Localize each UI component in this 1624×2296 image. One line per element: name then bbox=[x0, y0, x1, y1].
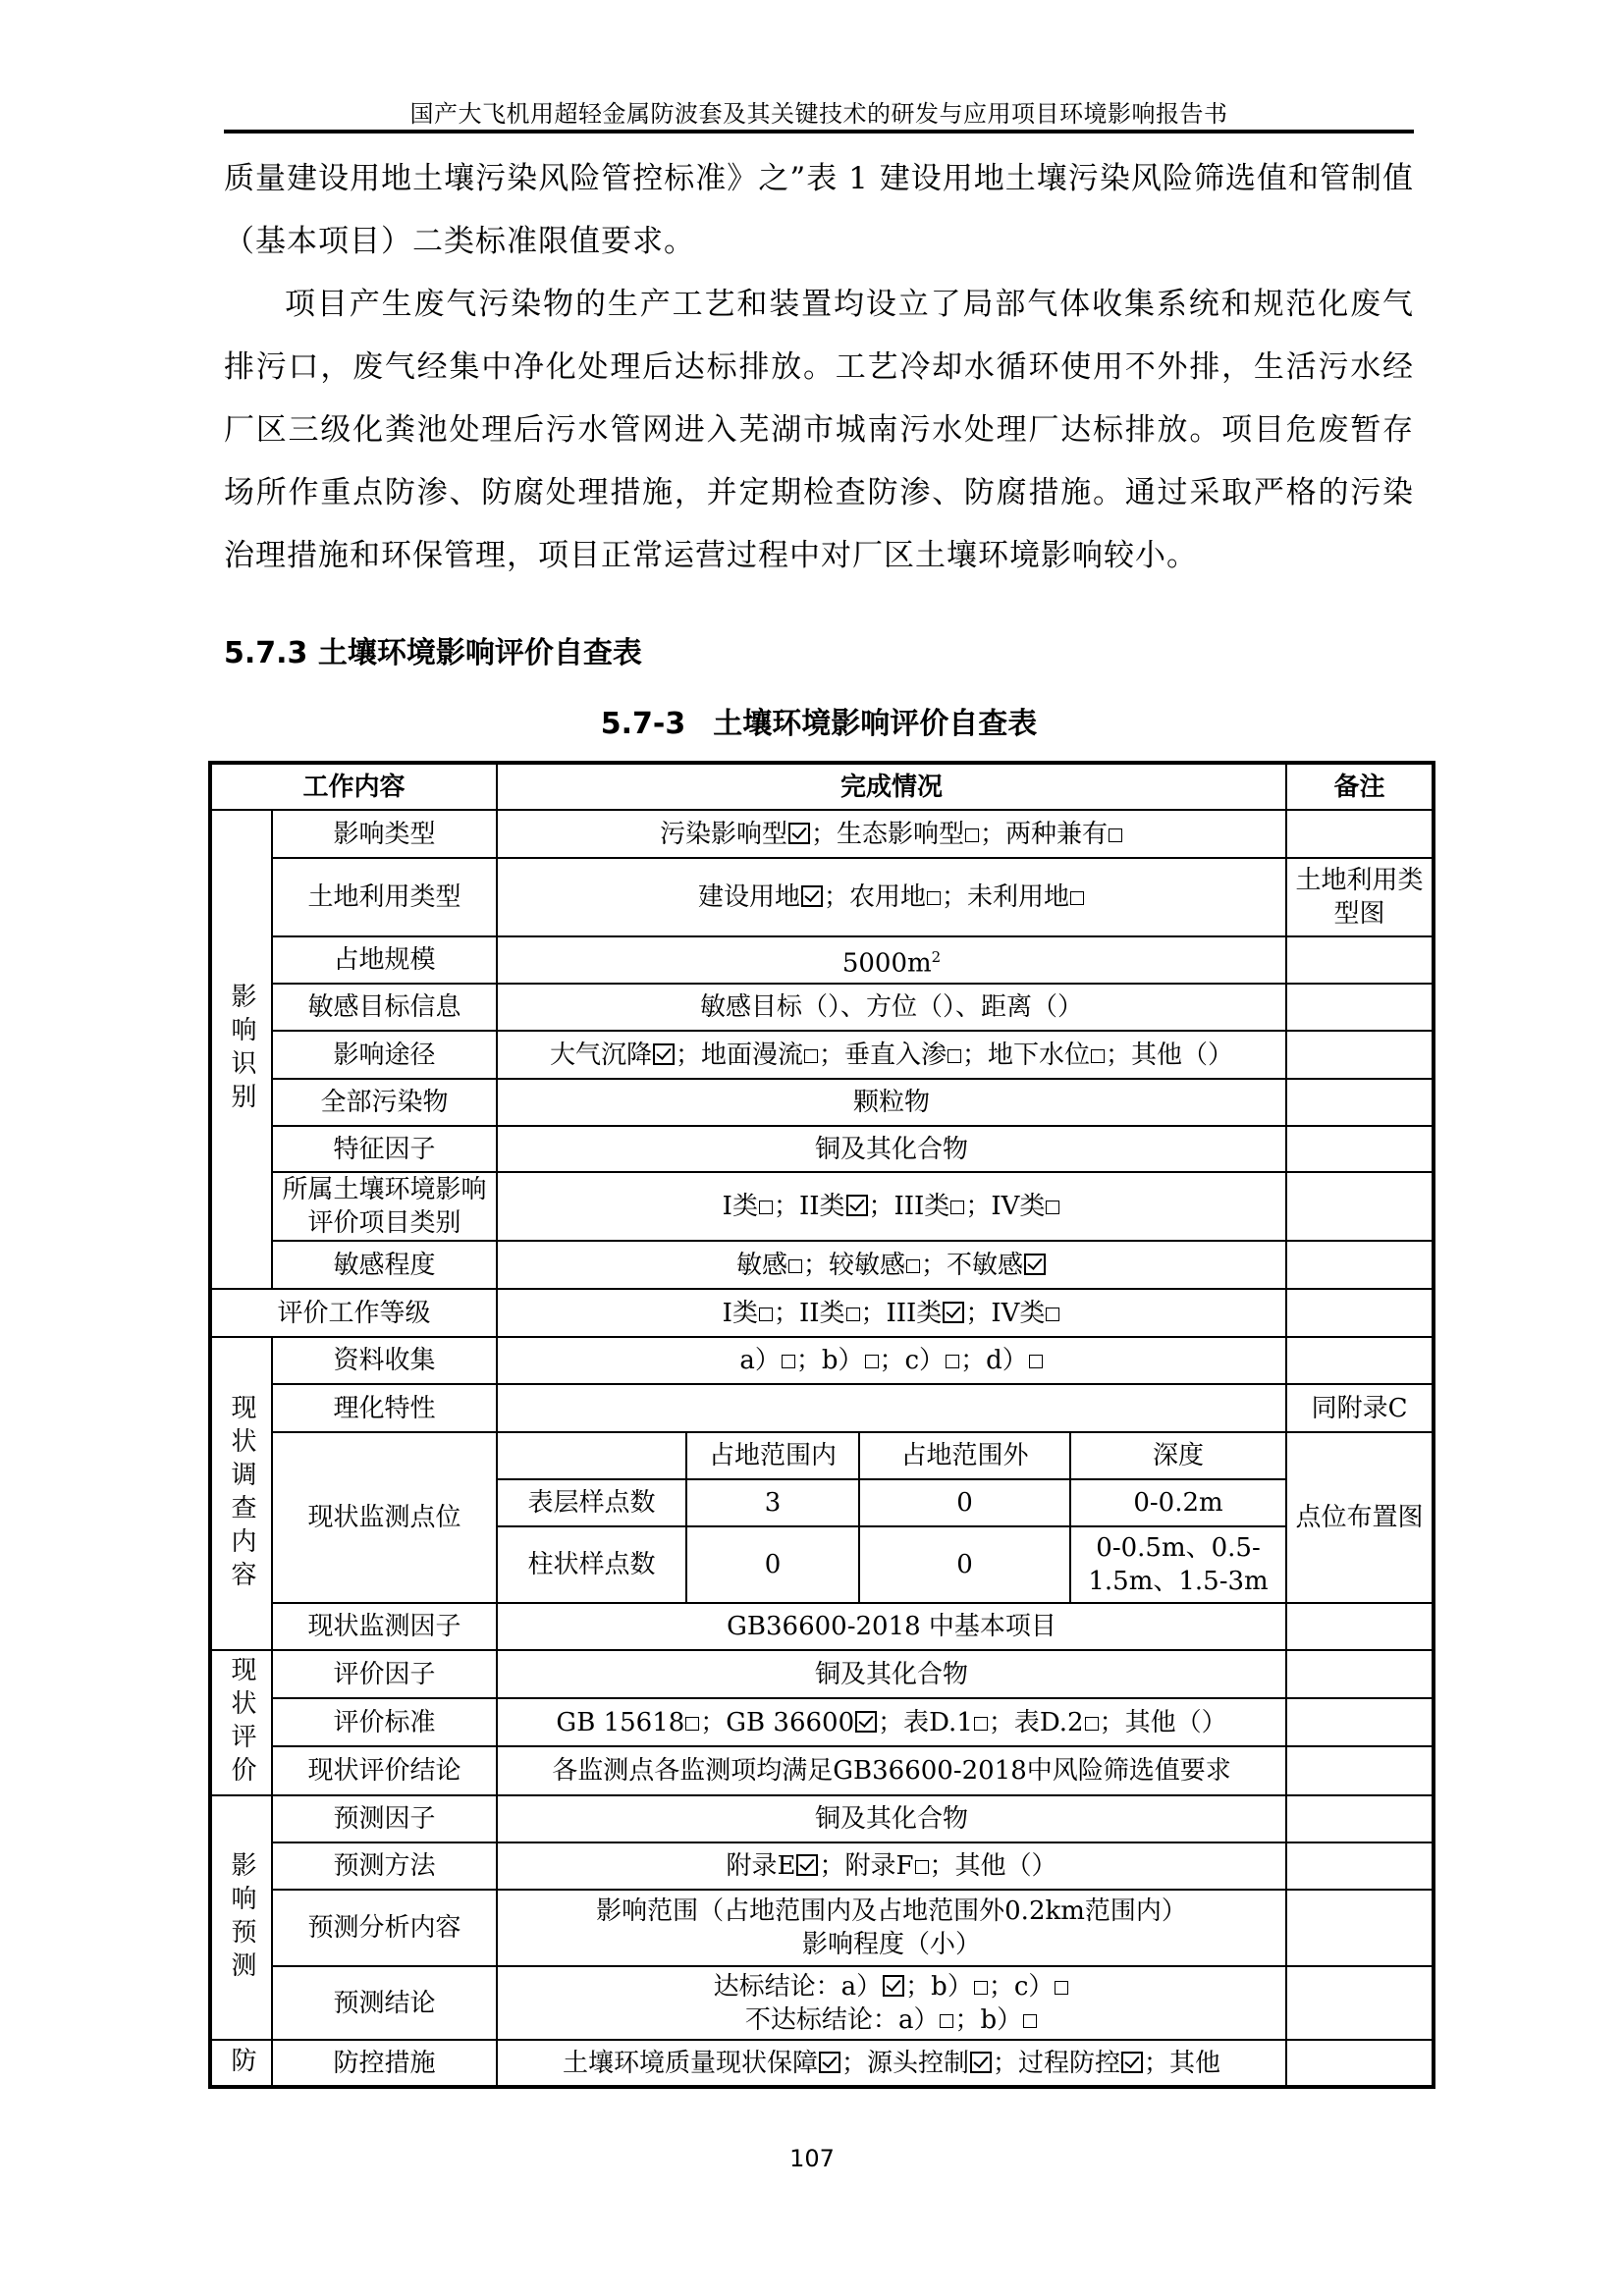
header-divider bbox=[224, 130, 1414, 133]
checkbox-checked-icon bbox=[846, 1195, 868, 1216]
checkbox-checked-icon bbox=[943, 1302, 964, 1323]
sample-outside: 0 bbox=[859, 1479, 1070, 1526]
row-eval-standard: 评价标准 GB 15618；GB 36600；表D.1；表D.2；其他（） bbox=[210, 1698, 1434, 1746]
table-caption-text: 土壤环境影响评价自查表 bbox=[713, 707, 1037, 741]
row-predict-conclusion: 预测结论 达标结论：a）；b）；c） 不达标结论：a）；b） bbox=[210, 1966, 1434, 2040]
row-label: 评价标准 bbox=[272, 1698, 497, 1746]
checkbox-unchecked-icon bbox=[940, 2014, 953, 2028]
page-number: 107 bbox=[0, 2145, 1624, 2172]
checkbox-unchecked-icon bbox=[1029, 1355, 1043, 1368]
row-note bbox=[1286, 1337, 1434, 1384]
row-label: 现状监测点位 bbox=[272, 1432, 497, 1603]
checkbox-unchecked-icon bbox=[865, 1355, 879, 1368]
row-work-grade: 评价工作等级 I类；II类；III类；IV类 bbox=[210, 1289, 1434, 1337]
running-header: 国产大飞机用超轻金属防波套及其关键技术的研发与应用项目环境影响报告书 bbox=[224, 94, 1414, 129]
row-note bbox=[1286, 1031, 1434, 1079]
checkbox-checked-icon bbox=[883, 1975, 904, 1997]
sample-depth: 0-0.2m bbox=[1070, 1479, 1286, 1526]
row-sensitivity: 敏感程度 敏感；较敏感；不敏感 bbox=[210, 1241, 1434, 1289]
row-label: 敏感目标信息 bbox=[272, 984, 497, 1031]
row-value: 5000m2 bbox=[497, 936, 1286, 984]
row-label: 预测结论 bbox=[272, 1966, 497, 2040]
sample-label: 表层样点数 bbox=[497, 1479, 686, 1526]
checkbox-unchecked-icon bbox=[1055, 1981, 1068, 1995]
row-feature-factor: 特征因子 铜及其化合物 bbox=[210, 1126, 1434, 1172]
row-label: 所属土壤环境影响评价项目类别 bbox=[272, 1172, 497, 1241]
row-label: 全部污染物 bbox=[272, 1079, 497, 1126]
row-label: 评价工作等级 bbox=[210, 1289, 497, 1337]
row-physchem: 理化特性 同附录C bbox=[210, 1384, 1434, 1432]
row-value bbox=[497, 1384, 1286, 1432]
header-work-content: 工作内容 bbox=[210, 763, 497, 810]
row-value: 附录E；附录F；其他（） bbox=[497, 1842, 1286, 1890]
row-sensitive-info: 敏感目标信息 敏感目标（）、方位（）、距离（） bbox=[210, 984, 1434, 1031]
group-evaluation: 现状评价 bbox=[210, 1650, 272, 1795]
table-header-row: 工作内容 完成情况 备注 bbox=[210, 763, 1434, 810]
row-note bbox=[1286, 1172, 1434, 1241]
checkbox-unchecked-icon bbox=[1046, 1201, 1059, 1214]
checkbox-unchecked-icon bbox=[1109, 828, 1122, 842]
checkbox-checked-icon bbox=[855, 1711, 877, 1733]
row-prevention: 防 防控措施 土壤环境质量现状保障；源头控制；过程防控；其他 bbox=[210, 2040, 1434, 2087]
sample-label: 柱状样点数 bbox=[497, 1526, 686, 1603]
row-value: 各监测点各监测项均满足GB36600-2018中风险筛选值要求 bbox=[497, 1746, 1286, 1795]
checkbox-unchecked-icon bbox=[927, 891, 941, 905]
row-label: 评价因子 bbox=[272, 1650, 497, 1698]
row-note bbox=[1286, 1079, 1434, 1126]
checkbox-checked-icon bbox=[653, 1043, 675, 1065]
row-value: 铜及其化合物 bbox=[497, 1126, 1286, 1172]
checkbox-unchecked-icon bbox=[965, 828, 979, 842]
row-predict-method: 预测方法 附录E；附录F；其他（） bbox=[210, 1842, 1434, 1890]
checkbox-unchecked-icon bbox=[974, 1981, 988, 1995]
checkbox-unchecked-icon bbox=[947, 1049, 961, 1063]
row-predict-factor: 影响预测 预测因子 铜及其化合物 bbox=[210, 1795, 1434, 1842]
row-value: I类；II类；III类；IV类 bbox=[497, 1289, 1286, 1337]
row-label: 资料收集 bbox=[272, 1337, 497, 1384]
row-note bbox=[1286, 1289, 1434, 1337]
checkbox-checked-icon bbox=[1121, 2052, 1143, 2073]
row-monitoring-factor: 现状监测因子 GB36600-2018 中基本项目 bbox=[210, 1603, 1434, 1650]
header-note: 备注 bbox=[1286, 763, 1434, 810]
sample-inside: 0 bbox=[686, 1526, 859, 1603]
checkbox-checked-icon bbox=[819, 2052, 840, 2073]
row-pathway: 影响途径 大气沉降；地面漫流；垂直入渗；地下水位；其他（） bbox=[210, 1031, 1434, 1079]
row-label: 预测因子 bbox=[272, 1795, 497, 1842]
row-eval-factor: 现状评价 评价因子 铜及其化合物 bbox=[210, 1650, 1434, 1698]
checkbox-unchecked-icon bbox=[788, 1259, 802, 1273]
row-value: 建设用地；农用地；未利用地 bbox=[497, 858, 1286, 936]
row-label: 防控措施 bbox=[272, 2040, 497, 2087]
checkbox-unchecked-icon bbox=[1070, 891, 1084, 905]
row-label: 现状监测因子 bbox=[272, 1603, 497, 1650]
row-note bbox=[1286, 1603, 1434, 1650]
checkbox-unchecked-icon bbox=[782, 1355, 795, 1368]
header-completion: 完成情况 bbox=[497, 763, 1286, 810]
row-note bbox=[1286, 1795, 1434, 1842]
checkbox-unchecked-icon bbox=[915, 1860, 929, 1874]
row-note: 土地利用类型图 bbox=[1286, 858, 1434, 936]
subheader-outside: 占地范围外 bbox=[859, 1432, 1070, 1479]
sample-inside: 3 bbox=[686, 1479, 859, 1526]
row-project-category: 所属土壤环境影响评价项目类别 I类；II类；III类；IV类 bbox=[210, 1172, 1434, 1241]
row-value: 达标结论：a）；b）；c） 不达标结论：a）；b） bbox=[497, 1966, 1286, 2040]
group-prediction: 影响预测 bbox=[210, 1795, 272, 2040]
row-monitoring-subheader: 现状监测点位 占地范围内 占地范围外 深度 点位布置图 bbox=[210, 1432, 1434, 1479]
group-prevention: 防 bbox=[210, 2040, 272, 2087]
row-impact-type: 影响识别 影响类型 污染影响型；生态影响型；两种兼有 bbox=[210, 810, 1434, 858]
table-caption-number: 5.7-3 bbox=[601, 707, 685, 741]
row-value: 铜及其化合物 bbox=[497, 1650, 1286, 1698]
row-value: 影响范围（占地范围内及占地范围外0.2km范围内） 影响程度（小） bbox=[497, 1890, 1286, 1966]
checkbox-unchecked-icon bbox=[1085, 1717, 1099, 1731]
row-all-pollutants: 全部污染物 颗粒物 bbox=[210, 1079, 1434, 1126]
checkbox-checked-icon bbox=[796, 1854, 818, 1876]
row-label: 占地规模 bbox=[272, 936, 497, 984]
row-label: 土地利用类型 bbox=[272, 858, 497, 936]
row-label: 预测方法 bbox=[272, 1842, 497, 1890]
checkbox-unchecked-icon bbox=[974, 1717, 988, 1731]
row-value: GB 15618；GB 36600；表D.1；表D.2；其他（） bbox=[497, 1698, 1286, 1746]
checkbox-unchecked-icon bbox=[1046, 1308, 1059, 1321]
row-predict-content: 预测分析内容 影响范围（占地范围内及占地范围外0.2km范围内） 影响程度（小） bbox=[210, 1890, 1434, 1966]
row-value: 污染影响型；生态影响型；两种兼有 bbox=[497, 810, 1286, 858]
sample-depth: 0-0.5m、0.5-1.5m、1.5-3m bbox=[1070, 1526, 1286, 1603]
row-area: 占地规模 5000m2 bbox=[210, 936, 1434, 984]
table-caption: 5.7-3土壤环境影响评价自查表 bbox=[224, 699, 1414, 742]
row-value: GB36600-2018 中基本项目 bbox=[497, 1603, 1286, 1650]
row-note bbox=[1286, 984, 1434, 1031]
checkbox-unchecked-icon bbox=[759, 1308, 773, 1321]
row-value: 铜及其化合物 bbox=[497, 1795, 1286, 1842]
row-value: 大气沉降；地面漫流；垂直入渗；地下水位；其他（） bbox=[497, 1031, 1286, 1079]
group-impact-identification: 影响识别 bbox=[210, 810, 272, 1289]
checkbox-checked-icon bbox=[788, 823, 810, 844]
subheader-blank bbox=[497, 1432, 686, 1479]
checkbox-unchecked-icon bbox=[759, 1201, 773, 1214]
row-label: 敏感程度 bbox=[272, 1241, 497, 1289]
checkbox-unchecked-icon bbox=[846, 1308, 860, 1321]
row-note bbox=[1286, 1650, 1434, 1698]
row-eval-conclusion: 现状评价结论 各监测点各监测项均满足GB36600-2018中风险筛选值要求 bbox=[210, 1746, 1434, 1795]
checkbox-unchecked-icon bbox=[685, 1717, 699, 1731]
checkbox-unchecked-icon bbox=[1091, 1049, 1105, 1063]
checkbox-unchecked-icon bbox=[950, 1201, 964, 1214]
row-note bbox=[1286, 936, 1434, 984]
row-note bbox=[1286, 1698, 1434, 1746]
row-value: 敏感目标（）、方位（）、距离（） bbox=[497, 984, 1286, 1031]
row-label: 影响类型 bbox=[272, 810, 497, 858]
row-label: 影响途径 bbox=[272, 1031, 497, 1079]
row-note bbox=[1286, 810, 1434, 858]
section-heading: 5.7.3 土壤环境影响评价自查表 bbox=[224, 628, 642, 671]
row-land-use: 土地利用类型 建设用地；农用地；未利用地 土地利用类型图 bbox=[210, 858, 1434, 936]
row-note: 同附录C bbox=[1286, 1384, 1434, 1432]
row-value: a）；b）；c）；d） bbox=[497, 1337, 1286, 1384]
row-note: 点位布置图 bbox=[1286, 1432, 1434, 1603]
row-note bbox=[1286, 1842, 1434, 1890]
checkbox-unchecked-icon bbox=[1023, 2014, 1037, 2028]
group-survey: 现状调查内容 bbox=[210, 1337, 272, 1650]
row-data-collection: 现状调查内容 资料收集 a）；b）；c）；d） bbox=[210, 1337, 1434, 1384]
subheader-depth: 深度 bbox=[1070, 1432, 1286, 1479]
paragraph-standard-reference: 质量建设用地土壤污染风险管控标准》之”表 1 建设用地土壤污染风险筛选值和管制值… bbox=[224, 147, 1414, 273]
row-note bbox=[1286, 1966, 1434, 2040]
row-note bbox=[1286, 1890, 1434, 1966]
row-label: 理化特性 bbox=[272, 1384, 497, 1432]
row-value: 敏感；较敏感；不敏感 bbox=[497, 1241, 1286, 1289]
checkbox-checked-icon bbox=[970, 2052, 992, 2073]
soil-self-check-table: 工作内容 完成情况 备注 影响识别 影响类型 污染影响型；生态影响型；两种兼有 … bbox=[208, 761, 1435, 2089]
sample-outside: 0 bbox=[859, 1526, 1070, 1603]
row-value: 颗粒物 bbox=[497, 1079, 1286, 1126]
checkbox-checked-icon bbox=[801, 885, 823, 907]
subheader-inside: 占地范围内 bbox=[686, 1432, 859, 1479]
row-note bbox=[1286, 1241, 1434, 1289]
checkbox-unchecked-icon bbox=[946, 1355, 959, 1368]
paragraph-pollution-control: 项目产生废气污染物的生产工艺和装置均设立了局部气体收集系统和规范化废气排污口，废… bbox=[224, 273, 1414, 587]
row-note bbox=[1286, 1126, 1434, 1172]
checkbox-checked-icon bbox=[1024, 1254, 1046, 1275]
checkbox-unchecked-icon bbox=[906, 1259, 920, 1273]
checkbox-unchecked-icon bbox=[804, 1049, 818, 1063]
row-note bbox=[1286, 2040, 1434, 2087]
row-value: 土壤环境质量现状保障；源头控制；过程防控；其他 bbox=[497, 2040, 1286, 2087]
row-label: 现状评价结论 bbox=[272, 1746, 497, 1795]
row-label: 特征因子 bbox=[272, 1126, 497, 1172]
row-label: 预测分析内容 bbox=[272, 1890, 497, 1966]
row-value: I类；II类；III类；IV类 bbox=[497, 1172, 1286, 1241]
row-note bbox=[1286, 1746, 1434, 1795]
